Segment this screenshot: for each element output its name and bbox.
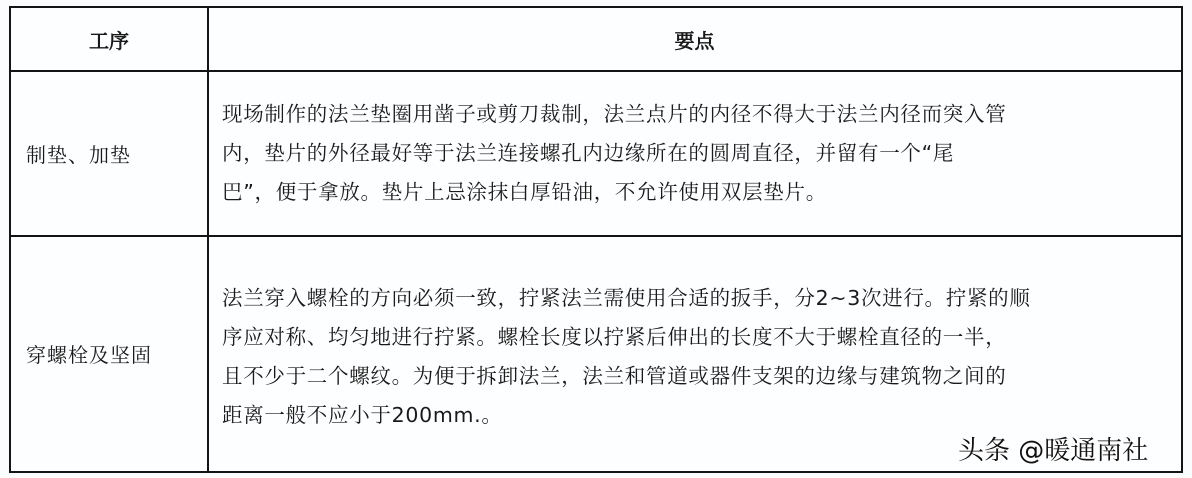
row-2-line-3: 且不少于二个螺纹。为便于拆卸法兰，法兰和管道或器件支架的边缘与建筑物之间的 xyxy=(222,357,1031,396)
header-process: 工序 xyxy=(11,8,207,70)
process-table: 工序 要点 制垫、加垫 现场制作的法兰垫圈用凿子或剪刀裁制，法兰点片的内径不得大… xyxy=(9,6,1183,473)
row-1-points-text: 现场制作的法兰垫圈用凿子或剪刀裁制，法兰点片的内径不得大于法兰内径而突入管 内，… xyxy=(222,95,1006,212)
header-process-label: 工序 xyxy=(89,25,129,54)
row-2-line-2: 序应对称、均匀地进行拧紧。螺栓长度以拧紧后伸出的长度不大于螺栓直径的一半， xyxy=(222,318,1031,357)
row-2-process-text: 穿螺栓及坚固 xyxy=(26,339,152,368)
watermark: 头条 @暖通南社 xyxy=(958,430,1148,467)
row-1-line-2: 内，垫片的外径最好等于法兰连接螺孔内边缘所在的圆周直径，并留有一个“尾 xyxy=(222,134,1006,173)
row-2-line-4: 距离一般不应小于200mm.。 xyxy=(222,396,1031,435)
row-1-process: 制垫、加垫 xyxy=(11,72,207,235)
header-points: 要点 xyxy=(209,8,1180,70)
row-1-line-1: 现场制作的法兰垫圈用凿子或剪刀裁制，法兰点片的内径不得大于法兰内径而突入管 xyxy=(222,95,1006,134)
row-2-points-text: 法兰穿入螺栓的方向必须一致，拧紧法兰需使用合适的扳手，分2~3次进行。拧紧的顺 … xyxy=(222,279,1031,435)
row-2-line-1: 法兰穿入螺栓的方向必须一致，拧紧法兰需使用合适的扳手，分2~3次进行。拧紧的顺 xyxy=(222,279,1031,318)
row-1-line-3: 巴”，便于拿放。垫片上忌涂抹白厚铅油，不允许使用双层垫片。 xyxy=(222,173,1006,212)
header-points-label: 要点 xyxy=(675,25,715,54)
row-1-process-text: 制垫、加垫 xyxy=(26,139,131,168)
row-2-process: 穿螺栓及坚固 xyxy=(11,237,207,470)
row-1-points: 现场制作的法兰垫圈用凿子或剪刀裁制，法兰点片的内径不得大于法兰内径而突入管 内，… xyxy=(209,72,1180,235)
